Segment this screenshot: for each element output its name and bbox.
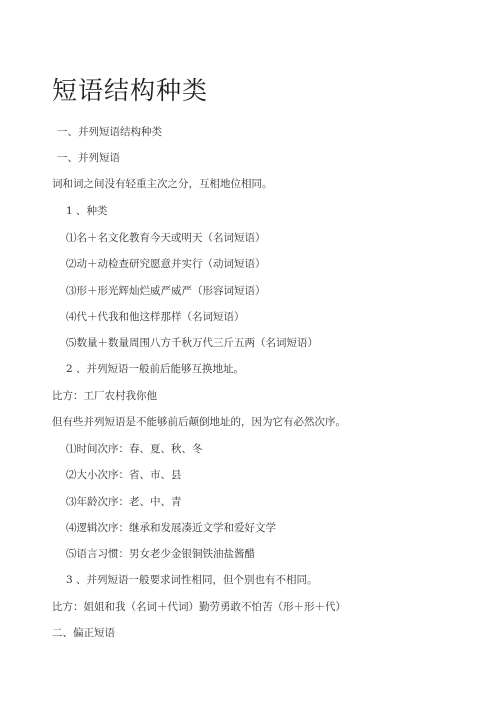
text-line: ⑷代＋代我和他这样那样（名词短语） [66,310,245,324]
document-title: 短语结构种类 [52,76,208,106]
text-line: ⑷逻辑次序：继承和发展凑近文学和爱好文学 [66,521,276,535]
text-line: 词和词之间没有轻重主次之分，互相地位相同。 [52,177,273,191]
text-line: 比方：姐姐和我（名词＋代词）勤劳勇敢不怕苦（形＋形＋代） [52,600,346,614]
text-line: 但有些并列短语是不能够前后颠倒地址的，因为它有必然次序。 [52,415,346,429]
text-line: ⑸语言习惯：男女老少金银铜铁油盐酱醋 [66,547,255,561]
text-line: ⑴时间次序：春、夏、秋、冬 [66,442,203,456]
text-line: ⑶形＋形光辉灿烂威严威严（形容词短语） [66,284,266,298]
text-line: 一、并列短语 [57,151,120,165]
text-line: ⑶年龄次序：老、中、青 [66,495,182,509]
text-line: ⑵动＋动检查研究愿意并实行（动词短语） [66,257,266,271]
text-line: ⑸数量＋数量周围八方千秋万代三斤五两（名词短语） [66,336,318,350]
text-line: 3 、并列短语一般要求词性相同，但个别也有不相同。 [66,573,318,587]
text-line: ⑴名＋名文化教育今天或明天（名词短语） [66,231,266,245]
text-line: 比方：工厂农村我你他 [52,389,157,403]
text-line: ⑵大小次序：省、市、县 [66,468,182,482]
text-line: 二、偏正短语 [52,626,115,640]
text-line: 一、并列短语结构种类 [57,125,162,139]
text-line: 2 、并列短语一般前后能够互换地址。 [66,362,244,376]
text-line: 1 、种类 [66,204,108,218]
